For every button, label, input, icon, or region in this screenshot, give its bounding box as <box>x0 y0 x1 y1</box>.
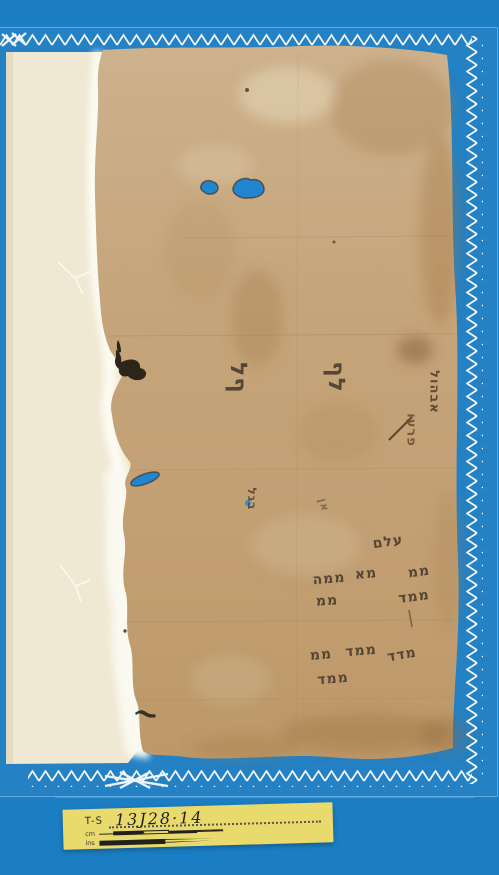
inscription: ממ <box>309 646 333 664</box>
inscription: ממה <box>312 570 346 589</box>
cm-bar <box>99 828 223 835</box>
stitching-bottom <box>28 770 472 787</box>
inscription: לף <box>323 361 349 392</box>
manuscript-photo <box>0 0 499 875</box>
photo-canvas: ףל לף אבהול פרעו בגל אן עלם ממה מא ממ ממ… <box>0 0 499 875</box>
inscription: מא <box>354 565 378 583</box>
inscription: ממד <box>317 670 350 689</box>
classmark-prefix: T-S <box>85 815 104 830</box>
classmark-row: T-S 13J28·14 <box>85 805 321 830</box>
inscription: ףל <box>225 362 251 393</box>
backing-paper-fold-shadow <box>6 52 13 764</box>
unit-label-ins: ins <box>85 839 99 847</box>
classmark-dotted-line: 13J28·14 <box>109 805 321 829</box>
inscription: ממ <box>407 563 431 582</box>
hole-large <box>233 178 264 198</box>
ins-bar <box>99 837 227 846</box>
inscription: בגל <box>245 488 259 511</box>
unit-label-cm: cm <box>85 830 99 838</box>
inscription: ממד <box>345 642 378 661</box>
stitching-right <box>466 36 483 784</box>
classmark-text: 13J28·14 <box>115 808 204 829</box>
classmark-label: T-S 13J28·14 cm ins <box>62 802 333 850</box>
inscription: אבהול <box>427 370 442 414</box>
hole-small <box>201 181 218 195</box>
inscription: ממ <box>315 592 338 609</box>
stitching-top <box>0 30 472 47</box>
inscription: פרעו <box>404 413 419 447</box>
